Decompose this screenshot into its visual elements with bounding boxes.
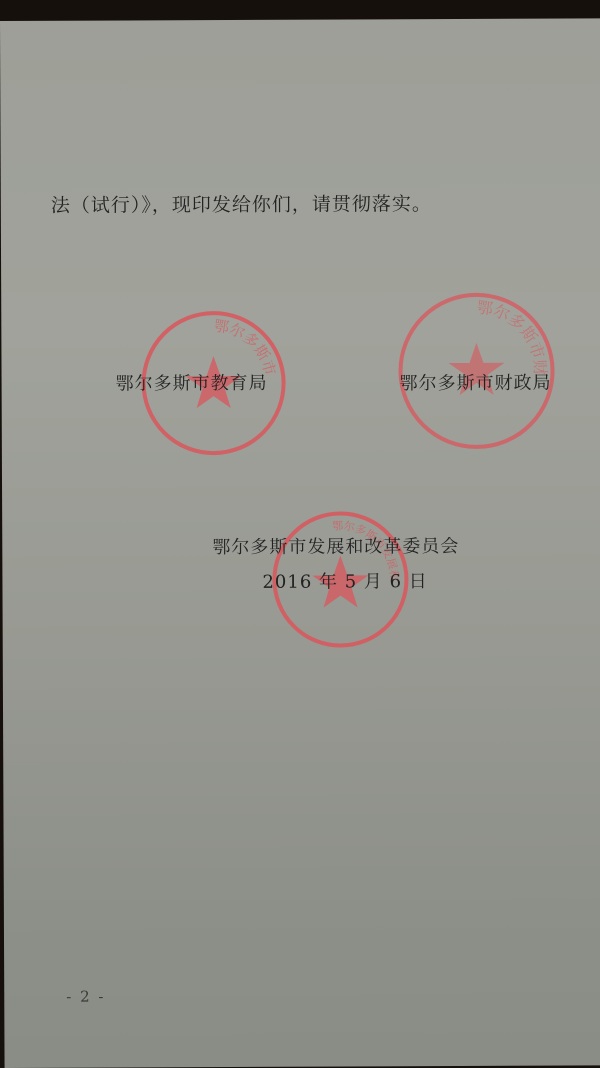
signatory-finance-bureau: 鄂尔多斯市财政局: [400, 369, 552, 396]
svg-text:鄂尔多斯市教育局: 鄂尔多斯市教育局: [138, 308, 279, 378]
page-number: - 2 -: [66, 988, 105, 1006]
signatory-development-reform-commission: 鄂尔多斯市发展和改革委员会: [212, 532, 459, 559]
body-text: 法（试行）》，现印发给你们，请贯彻落实。: [51, 189, 432, 218]
document-page: 法（试行）》，现印发给你们，请贯彻落实。 鄂尔多斯市教育局 鄂尔多斯市财政局: [0, 18, 600, 1068]
issue-date: 2016 年 5 月 6 日: [262, 567, 427, 594]
signatory-education-bureau: 鄂尔多斯市教育局: [116, 369, 268, 396]
